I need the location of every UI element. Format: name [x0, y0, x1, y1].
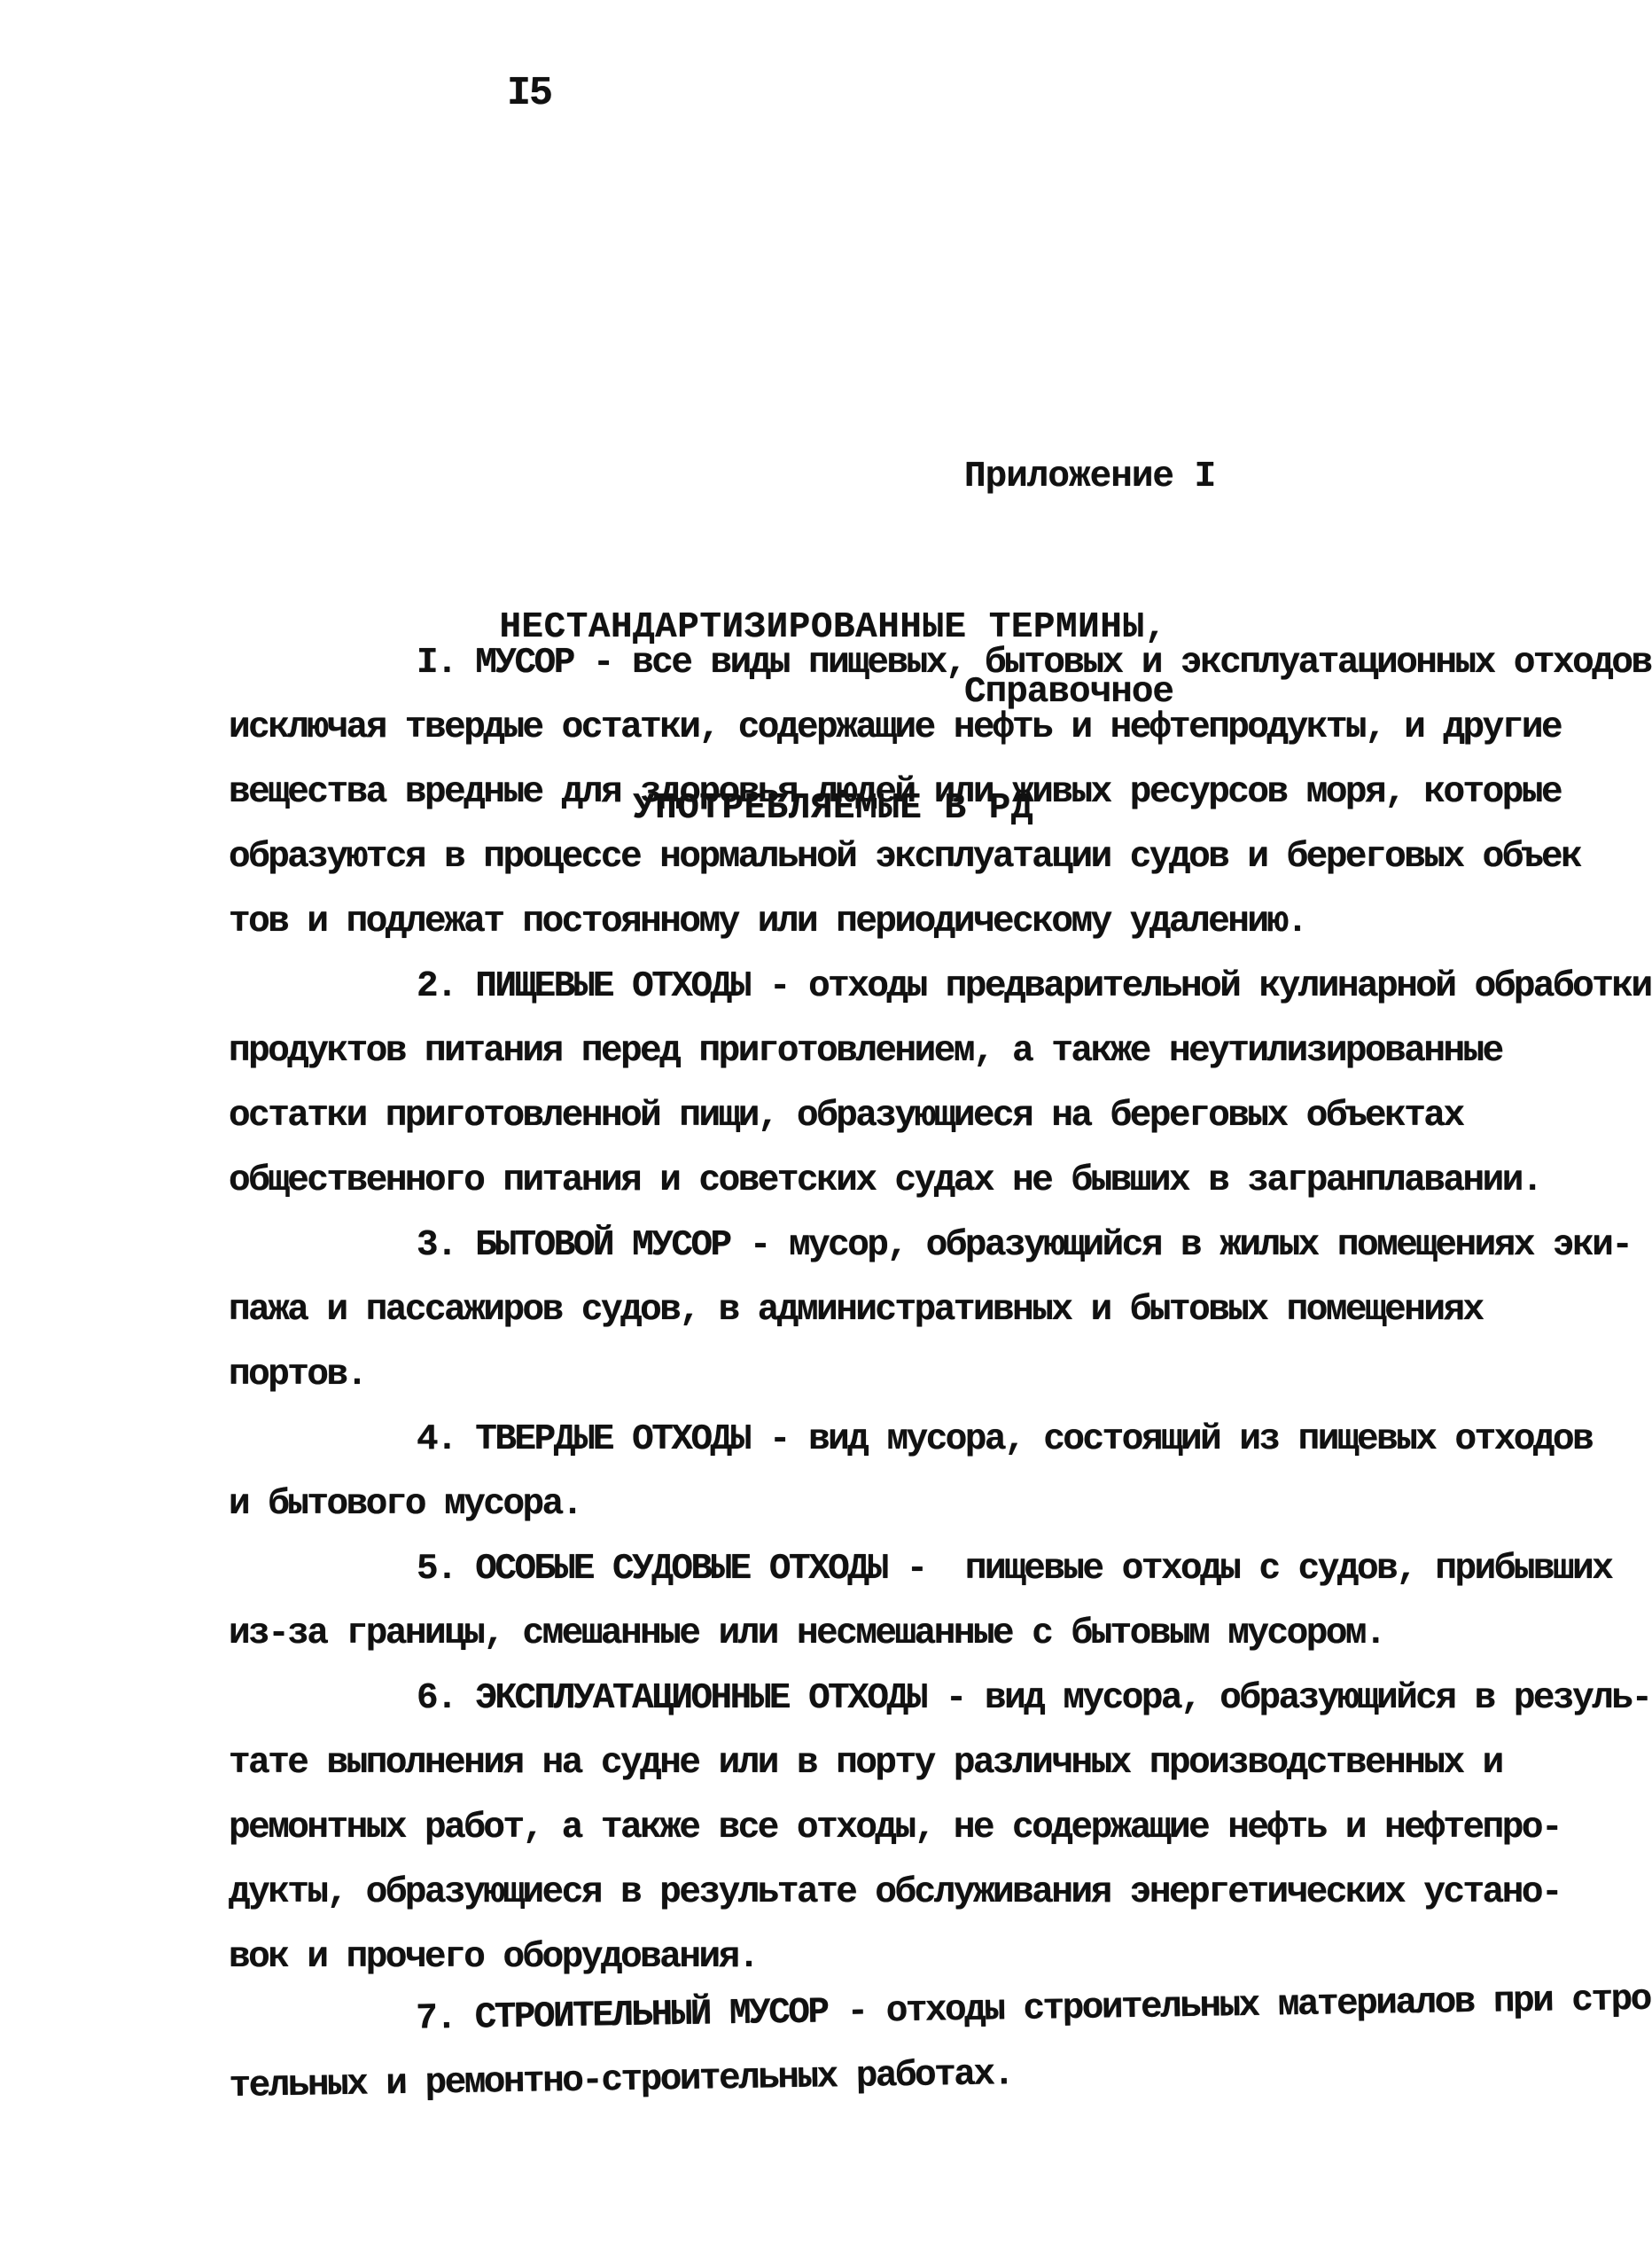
document-page: I5 Приложение I Справочное НЕСТАНДАРТИЗИ…	[0, 0, 1652, 2250]
paragraph: I. МУСОР - все виды пищевых, бытовых и э…	[229, 631, 1611, 955]
page-number: I5	[507, 71, 551, 116]
text-line: дукты, образующиеся в результате обслужи…	[229, 1861, 1611, 1926]
paragraph: 2. ПИЩЕВЫЕ ОТХОДЫ - отходы предварительн…	[229, 955, 1611, 1214]
text-line: I. МУСОР - все виды пищевых, бытовых и э…	[229, 631, 1611, 696]
paragraph: 4. ТВЕРДЫЕ ОТХОДЫ - вид мусора, состоящи…	[229, 1408, 1611, 1537]
paragraph: 6. ЭКСПЛУАТАЦИОННЫЕ ОТХОДЫ - вид мусора,…	[229, 1667, 1611, 1990]
text-line: тов и подлежат постоянному или периодиче…	[229, 890, 1611, 955]
text-line: продуктов питания перед приготовлением, …	[229, 1020, 1611, 1084]
text-line: ремонтных работ, а также все отходы, не …	[229, 1796, 1611, 1861]
text-line: вещества вредные для здоровья людей или …	[229, 761, 1611, 825]
text-line: пажа и пассажиров судов, в административ…	[229, 1278, 1611, 1343]
text-line: общественного питания и советских судах …	[229, 1149, 1611, 1214]
text-line: портов.	[229, 1343, 1611, 1408]
text-line: тате выполнения на судне или в порту раз…	[229, 1731, 1611, 1796]
text-line: 5. ОСОБЫЕ СУДОВЫЕ ОТХОДЫ - пищевые отход…	[229, 1537, 1611, 1602]
text-line: 2. ПИЩЕВЫЕ ОТХОДЫ - отходы предварительн…	[229, 955, 1611, 1020]
text-line: 3. БЫТОВОЙ МУСОР - мусор, образующийся в…	[229, 1214, 1611, 1278]
text-line: образуются в процессе нормальной эксплуа…	[229, 825, 1611, 890]
text-line: и бытового мусора.	[229, 1473, 1611, 1537]
body-text: I. МУСОР - все виды пищевых, бытовых и э…	[229, 631, 1611, 2120]
paragraph: 3. БЫТОВОЙ МУСОР - мусор, образующийся в…	[229, 1214, 1611, 1408]
paragraph: 5. ОСОБЫЕ СУДОВЫЕ ОТХОДЫ - пищевые отход…	[229, 1537, 1611, 1667]
text-line: 6. ЭКСПЛУАТАЦИОННЫЕ ОТХОДЫ - вид мусора,…	[229, 1667, 1611, 1731]
text-line: исключая твердые остатки, содержащие неф…	[229, 696, 1611, 761]
paragraph: 7. СТРОИТЕЛЬНЫЙ МУСОР - отходы строитель…	[228, 1969, 1612, 2120]
text-line: остатки приготовленной пищи, образующиес…	[229, 1084, 1611, 1149]
text-line: 4. ТВЕРДЫЕ ОТХОДЫ - вид мусора, состоящи…	[229, 1408, 1611, 1473]
text-line: из-за границы, смешанные или несмешанные…	[229, 1602, 1611, 1667]
